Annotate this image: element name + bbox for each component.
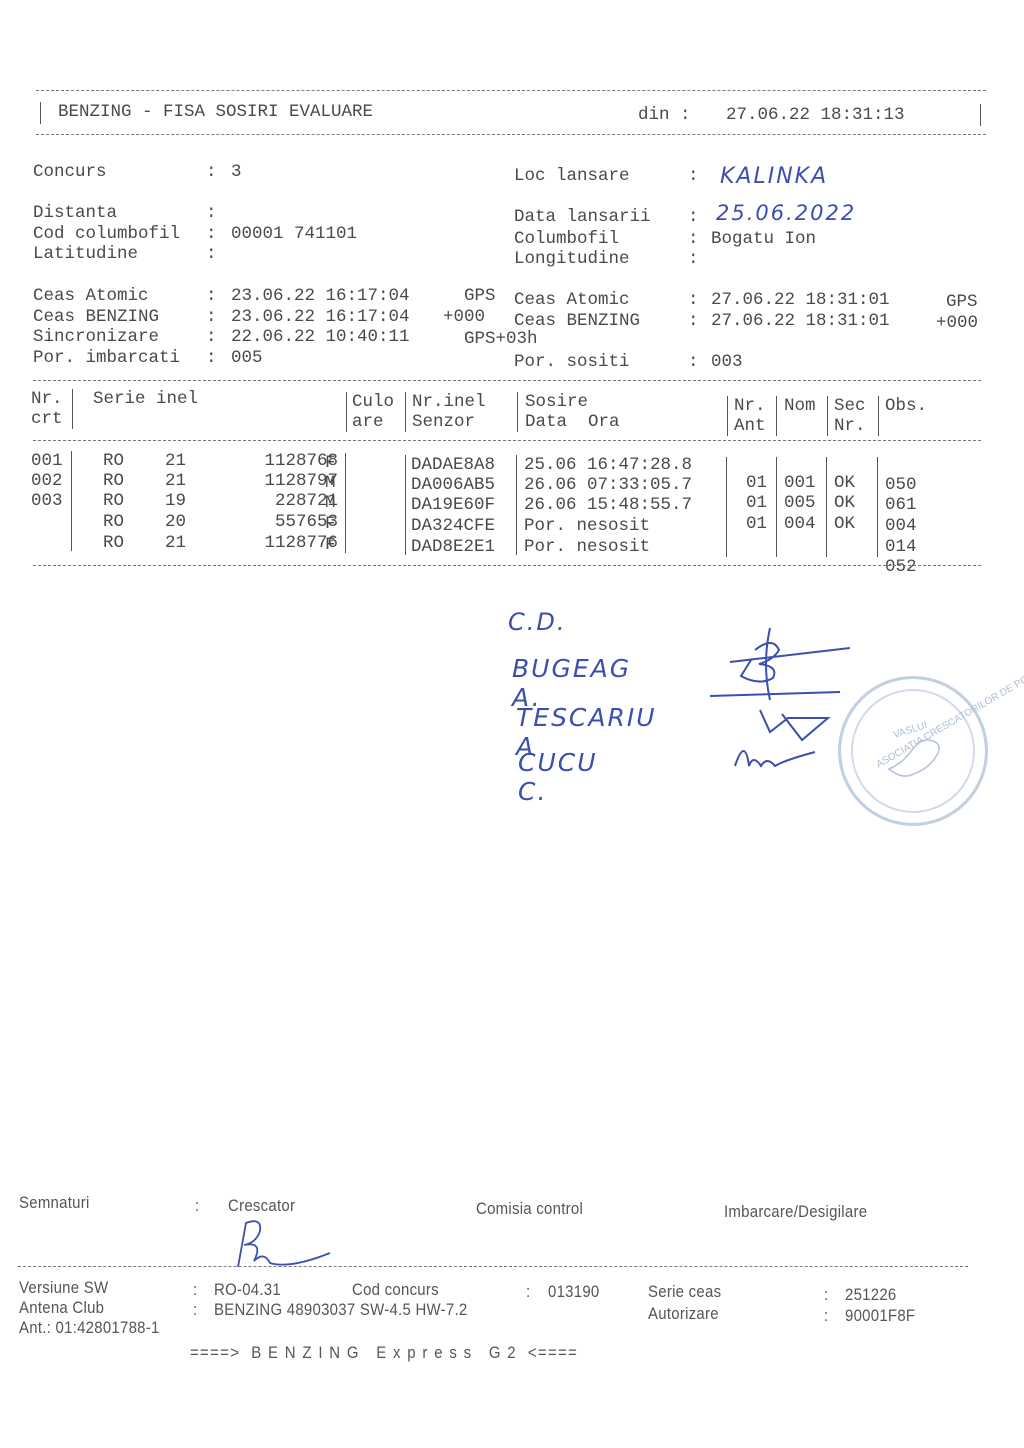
row-year: 20 — [165, 512, 186, 533]
colon: : — [688, 249, 699, 270]
data-lansarii-handwritten: 25.06.2022 — [716, 201, 856, 225]
colon: : — [688, 166, 699, 187]
row-antenna: 01 — [746, 473, 767, 494]
club-stamp: ASOCIATIA CRESCATORILOR DE PORUMBEI VASL… — [838, 676, 988, 826]
por-imbarcati-label: Por. imbarcati — [33, 348, 180, 369]
row-country: RO — [103, 471, 124, 492]
colon: : — [206, 224, 217, 245]
col-divider — [345, 453, 346, 553]
row-nom: 001 — [784, 473, 816, 494]
serie-ceas-value: 251226 — [845, 1285, 897, 1305]
row-arrival: 26.06 07:33:05.7 — [524, 475, 692, 496]
row-nr: 002 — [31, 471, 63, 492]
row-year: 21 — [165, 471, 186, 492]
row-arrival: 26.06 15:48:55.7 — [524, 495, 692, 516]
row-sex: M — [325, 493, 336, 514]
colon: : — [688, 290, 699, 311]
loc-lansare-label: Loc lansare — [514, 166, 630, 187]
th-nr: Nr. — [31, 389, 63, 410]
sincronizare-suffix: GPS+03h — [464, 329, 538, 350]
colon: : — [206, 286, 217, 307]
header-right-bar — [980, 104, 981, 126]
row-year: 21 — [165, 533, 186, 554]
cod-concurs-value: 013190 — [548, 1282, 600, 1302]
ceas-benzing-value: 23.06.22 16:17:04 — [231, 307, 410, 328]
th-senzor: Senzor — [412, 412, 475, 433]
ceas-benzing-right-suffix: +000 — [936, 313, 978, 334]
concurs-label: Concurs — [33, 162, 107, 183]
col-divider — [517, 392, 518, 432]
benzing-banner: ====> B E N Z I N G E x p r e s s G 2 <=… — [190, 1343, 578, 1363]
versiune-sw-label: Versiune SW — [19, 1278, 108, 1298]
row-sec: OK — [834, 473, 855, 494]
cod-concurs-label: Cod concurs — [352, 1280, 439, 1300]
th-sec: Sec — [834, 396, 866, 417]
row-sensor: DAD8E2E1 — [411, 537, 495, 558]
colon: : — [206, 327, 217, 348]
th-sec-nr: Nr. — [834, 416, 866, 437]
row-sec: OK — [834, 493, 855, 514]
row-year: 21 — [165, 451, 186, 472]
col-divider — [877, 457, 878, 557]
colon: : — [688, 207, 699, 228]
row-antenna: 01 — [746, 493, 767, 514]
ceas-atomic-label: Ceas Atomic — [33, 286, 149, 307]
colon: : — [824, 1285, 828, 1305]
row-obs: 004 — [885, 516, 917, 537]
row-nom: 005 — [784, 493, 816, 514]
header-bottom-rule — [36, 134, 986, 135]
col-divider — [776, 396, 777, 436]
crescator-label: Crescator — [228, 1196, 295, 1216]
colon: : — [526, 1282, 530, 1302]
comisia-control-label: Comisia control — [476, 1199, 583, 1219]
colon: : — [206, 307, 217, 328]
row-arrival: 25.06 16:47:28.8 — [524, 455, 692, 476]
row-nr: 003 — [31, 491, 63, 512]
colon: : — [688, 229, 699, 250]
report-datetime: 27.06.22 18:31:13 — [726, 105, 905, 126]
th-sosire: Sosire — [525, 392, 588, 413]
ceas-benzing-label: Ceas BENZING — [33, 307, 159, 328]
th-culo: Culo — [352, 392, 394, 413]
row-sex: F — [325, 535, 336, 556]
por-sositi-label: Por. sositi — [514, 352, 630, 373]
por-sositi-value: 003 — [711, 352, 743, 373]
col-divider — [516, 455, 517, 555]
ceas-atomic-suffix: GPS — [464, 286, 496, 307]
sincronizare-value: 22.06.22 10:40:11 — [231, 327, 410, 348]
row-sensor: DA19E60F — [411, 495, 495, 516]
row-nom: 004 — [784, 514, 816, 535]
colon: : — [206, 162, 217, 183]
cod-columbofil-label: Cod columbofil — [33, 224, 180, 245]
colon: : — [206, 203, 217, 224]
th-are: are — [352, 412, 384, 433]
commission-title: C.D. — [508, 608, 567, 636]
row-nr: 001 — [31, 451, 63, 472]
table-bottom-rule — [33, 565, 981, 566]
row-arrival: Por. nesosit — [524, 516, 650, 537]
autorizare-value: 90001F8F — [845, 1306, 915, 1326]
row-obs: 014 — [885, 537, 917, 558]
autorizare-label: Autorizare — [648, 1304, 719, 1324]
col-divider — [405, 392, 406, 432]
distanta-label: Distanta — [33, 203, 117, 224]
columbofil-value: Bogatu Ion — [711, 229, 816, 250]
row-sensor: DA324CFE — [411, 516, 495, 537]
row-antenna: 01 — [746, 514, 767, 535]
row-sensor: DA006AB5 — [411, 475, 495, 496]
latitudine-label: Latitudine — [33, 244, 138, 265]
signature-scribbles — [690, 610, 850, 780]
col-divider — [726, 457, 727, 557]
antenna-id: Ant.: 01:42801788-1 — [19, 1318, 160, 1338]
ceas-atomic-value: 23.06.22 16:17:04 — [231, 286, 410, 307]
header-top-rule — [36, 90, 986, 91]
imbarcare-label: Imbarcare/Desigilare — [724, 1202, 867, 1222]
row-country: RO — [103, 512, 124, 533]
data-lansarii-label: Data lansarii — [514, 207, 651, 228]
cod-columbofil-value: 00001 741101 — [231, 224, 357, 245]
th-serie-inel: Serie inel — [93, 389, 198, 410]
sincronizare-label: Sincronizare — [33, 327, 159, 348]
semnaturi-label: Semnaturi — [19, 1193, 90, 1213]
ceas-benzing-right-label: Ceas BENZING — [514, 311, 640, 332]
ceas-atomic-right-value: 27.06.22 18:31:01 — [711, 290, 890, 311]
table-top-rule — [33, 380, 981, 381]
colon: : — [688, 352, 699, 373]
col-divider — [826, 457, 827, 557]
row-sec: OK — [834, 514, 855, 535]
ceas-atomic-right-suffix: GPS — [946, 292, 978, 313]
commission-name-3: CUCU C. — [518, 748, 598, 806]
versiune-sw-value: RO-04.31 — [214, 1280, 281, 1300]
th-nr-inel: Nr.inel — [412, 392, 486, 413]
table-header-rule — [33, 440, 981, 441]
colon: : — [688, 311, 699, 332]
concurs-value: 3 — [231, 162, 242, 183]
colon: : — [195, 1196, 199, 1216]
th-crt: crt — [31, 409, 63, 430]
col-divider — [827, 396, 828, 436]
signatures-rule — [18, 1266, 968, 1267]
longitudine-label: Longitudine — [514, 249, 630, 270]
row-country: RO — [103, 451, 124, 472]
row-arrival: Por. nesosit — [524, 537, 650, 558]
row-year: 19 — [165, 491, 186, 512]
document-title: BENZING - FISA SOSIRI EVALUARE — [58, 102, 373, 123]
col-divider — [71, 451, 72, 551]
row-obs: 061 — [885, 495, 917, 516]
th-nr-ant: Nr. — [734, 396, 766, 417]
loc-lansare-handwritten: KALINKA — [720, 164, 828, 189]
th-ant: Ant — [734, 416, 766, 437]
col-divider — [346, 392, 347, 432]
ceas-benzing-right-value: 27.06.22 18:31:01 — [711, 311, 890, 332]
th-nom: Nom — [784, 396, 816, 417]
row-sensor: DADAE8A8 — [411, 455, 495, 476]
row-country: RO — [103, 491, 124, 512]
colon: : — [206, 348, 217, 369]
colon: : — [193, 1280, 197, 1300]
colon: : — [824, 1306, 828, 1326]
col-divider — [727, 396, 728, 436]
col-divider — [878, 396, 879, 436]
serie-ceas-label: Serie ceas — [648, 1282, 721, 1302]
ceas-atomic-right-label: Ceas Atomic — [514, 290, 630, 311]
col-divider — [776, 457, 777, 557]
th-obs: Obs. — [885, 396, 927, 417]
pigeon-icon — [881, 729, 951, 789]
antena-club-label: Antena Club — [19, 1298, 104, 1318]
ceas-benzing-suffix: +000 — [443, 307, 485, 328]
col-divider — [72, 389, 73, 429]
header-left-bar — [40, 102, 41, 124]
row-country: RO — [103, 533, 124, 554]
din-label: din : — [638, 105, 691, 126]
colon: : — [206, 244, 217, 265]
row-sex: F — [325, 514, 336, 535]
row-obs: 050 — [885, 475, 917, 496]
th-data-ora: Data Ora — [525, 412, 620, 433]
col-divider — [405, 455, 406, 555]
por-imbarcati-value: 005 — [231, 348, 263, 369]
colon: : — [193, 1300, 197, 1320]
columbofil-label: Columbofil — [514, 229, 619, 250]
antena-club-value: BENZING 48903037 SW-4.5 HW-7.2 — [214, 1300, 467, 1320]
row-obs: 052 — [885, 557, 917, 578]
